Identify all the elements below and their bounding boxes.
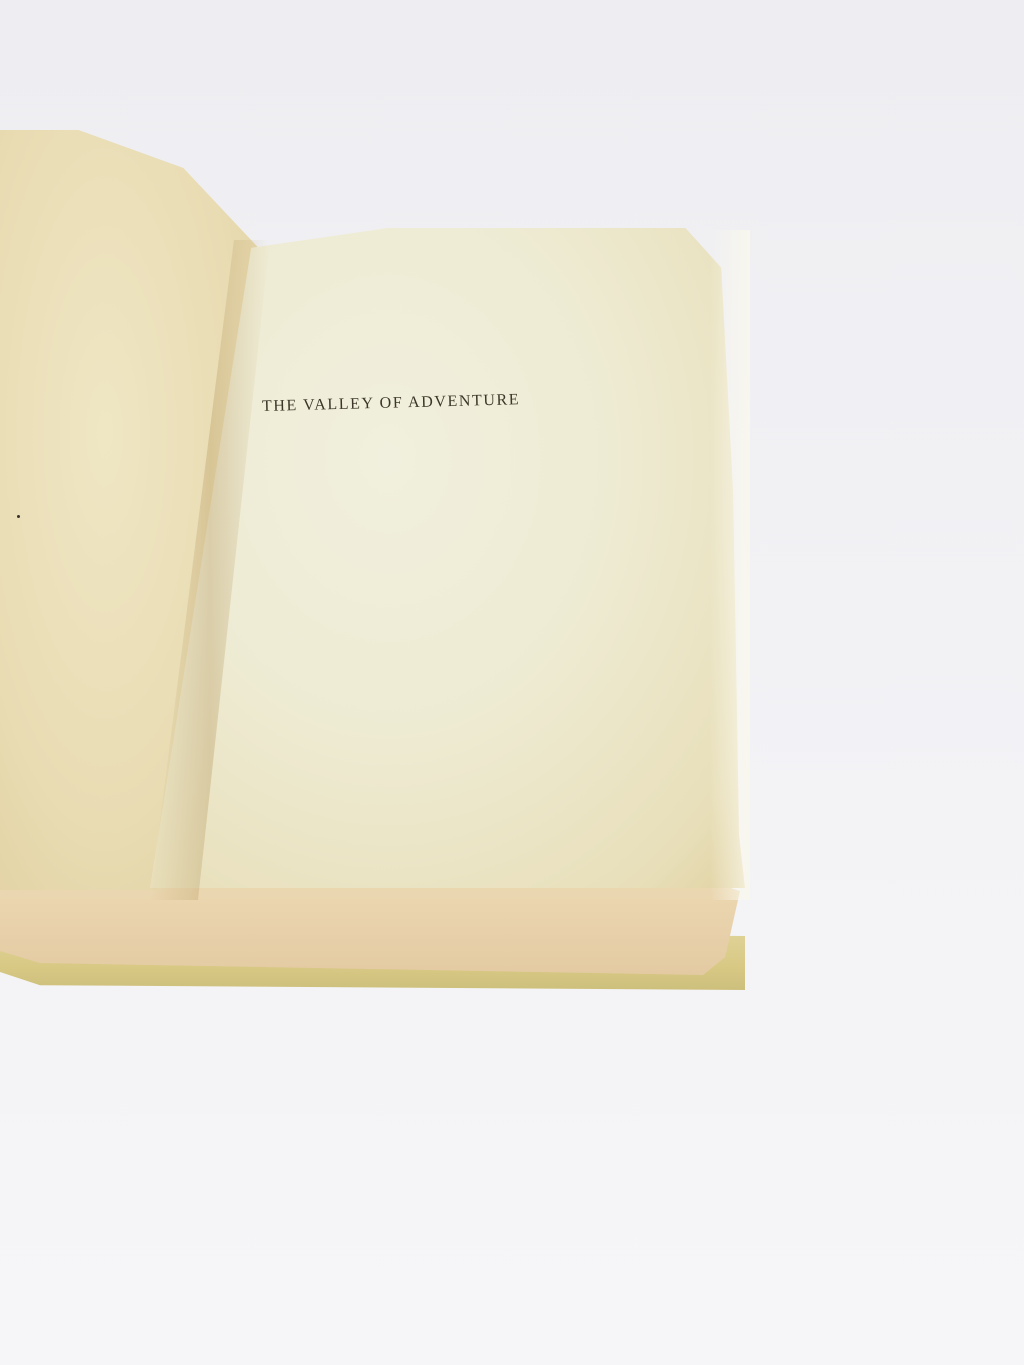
page-spot (17, 515, 20, 518)
book-photo: THE VALLEY OF ADVENTURE (0, 0, 1024, 1365)
right-page-edge (710, 230, 750, 900)
